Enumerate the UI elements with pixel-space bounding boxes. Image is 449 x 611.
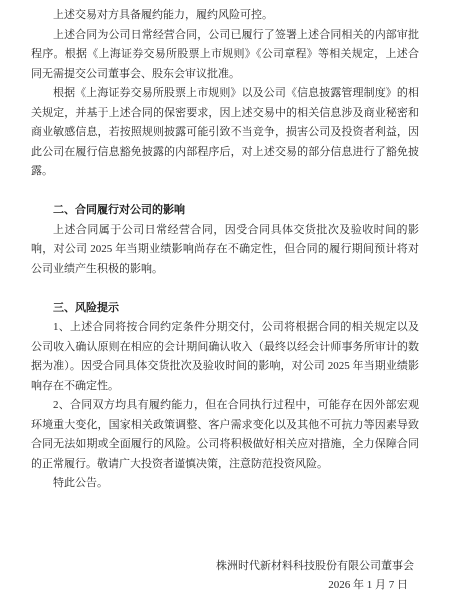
risk-paragraph-revenue-recognition: 1、上述合同将按合同约定条件分期交付，公司将根据合同的相关规定以及公司收入确认原… — [31, 318, 419, 396]
signature-date: 2026 年 1 月 7 日 — [31, 576, 414, 596]
signature-block: 株洲时代新材料科技股份有限公司董事会 2026 年 1 月 7 日 — [31, 557, 419, 596]
intro-paragraph-internal-approval: 上述合同为公司日常经营合同，公司已履行了签署上述合同相关的内部审批程序。根据《上… — [31, 26, 419, 85]
impact-paragraph: 上述合同属于公司日常经营合同，因受合同具体交货批次及验收时间的影响，对公司 20… — [31, 221, 419, 280]
section-heading-risk-notice: 三、风险提示 — [31, 299, 419, 319]
signature-company-board: 株洲时代新材料科技股份有限公司董事会 — [31, 557, 414, 577]
section-heading-contract-impact: 二、合同履行对公司的影响 — [31, 201, 419, 221]
closing-announcement-line: 特此公告。 — [31, 474, 419, 494]
intro-paragraph-disclosure-exemption: 根据《上海证券交易所股票上市规则》以及公司《信息披露管理制度》的相关规定，并基于… — [31, 84, 419, 182]
intro-paragraph-counterparty-capability: 上述交易对方具备履约能力，履约风险可控。 — [31, 6, 419, 26]
announcement-document-page: 上述交易对方具备履约能力，履约风险可控。 上述合同为公司日常经营合同，公司已履行… — [0, 0, 449, 611]
risk-paragraph-performance-risk: 2、合同双方均具有履约能力，但在合同执行过程中，可能存在因外部宏观环境重大变化，… — [31, 396, 419, 474]
